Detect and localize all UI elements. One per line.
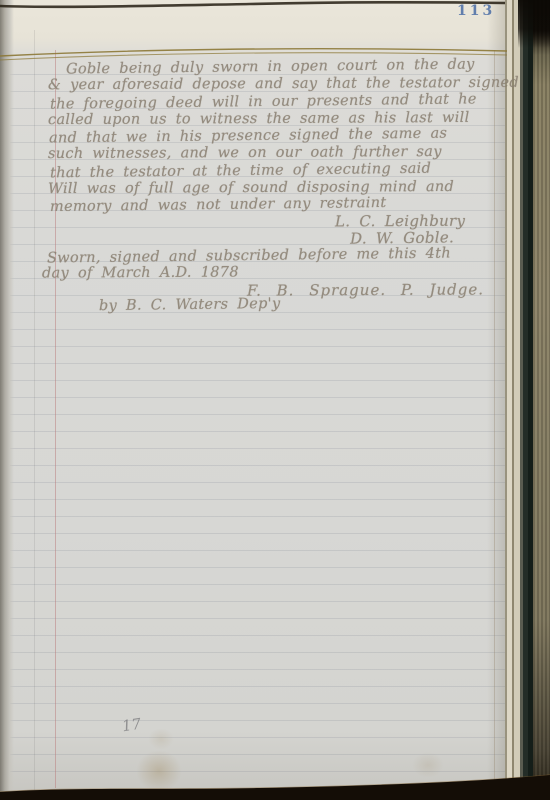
stain	[148, 728, 174, 750]
page-edge-shadow	[487, 0, 507, 800]
jurat-line: day of March A.D. 1878	[42, 264, 239, 281]
scanned-ledger-page: 113 Goble being duly sworn in open court…	[0, 0, 550, 800]
book-cover-texture	[533, 0, 550, 800]
handwriting-line: & year aforesaid depose and say that the…	[48, 75, 519, 93]
pencil-mark: 17	[121, 715, 143, 736]
stain	[136, 750, 182, 792]
top-corner-shadow	[518, 0, 550, 48]
page-number: 113	[457, 3, 495, 19]
deputy-signature: by B. C. Waters Dep'y	[99, 296, 281, 314]
handwriting-line: such witnesses, and we on our oath furth…	[48, 144, 442, 162]
judge-signature: F. B. Sprague. P. Judge.	[247, 280, 484, 299]
left-gutter-edge	[0, 0, 14, 800]
stain	[412, 752, 444, 778]
page-fold-line	[34, 30, 35, 790]
handwriting-line: Will was of full age of sound disposing …	[48, 179, 454, 197]
